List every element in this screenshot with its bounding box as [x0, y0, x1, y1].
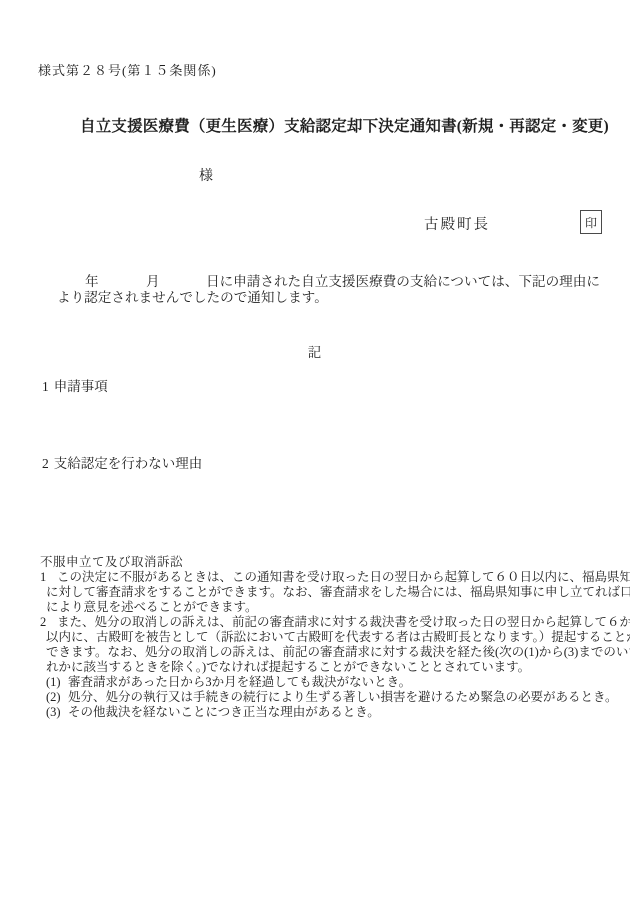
appeal-line-number: (1) [46, 675, 68, 690]
appeal-body: 1この決定に不服があるときは、この通知書を受け取った日の翌日から起算して６０日以… [40, 570, 618, 720]
appeal-line-text: により意見を述べることができます。 [46, 600, 258, 614]
date-month-label: 月 [146, 274, 160, 289]
addressee-honorific: 様 [199, 165, 213, 185]
appeal-line-text: 処分、処分の執行又は手続きの続行により生ずる著しい損害を避けるため緊急の必要があ… [68, 690, 618, 704]
appeal-line-number: 1 [40, 570, 57, 585]
section-application-items: 1申請事項 [42, 375, 108, 395]
appeal-line: に対して審査請求をすることができます。なお、審査請求をした場合には、福島県知事に… [40, 585, 618, 600]
appeal-line: 1この決定に不服があるときは、この通知書を受け取った日の翌日から起算して６０日以… [40, 570, 618, 585]
ki-marker: 記 [0, 341, 630, 361]
appeal-heading: 不服申立て及び取消訴訟 [40, 555, 618, 570]
appeal-line-text: また、処分の取消しの訴えは、前記の審査請求に対する裁決書を受け取った日の翌日から… [57, 615, 630, 629]
appeal-line: (3)その他裁決を経ないことにつき正当な理由があるとき。 [40, 705, 618, 720]
appeal-line-text: その他裁決を経ないことにつき正当な理由があるとき。 [68, 705, 380, 719]
appeal-line-text: 審査請求があった日から3か月を経過しても裁決がないとき。 [68, 675, 411, 689]
seal-box: 印 [580, 210, 602, 234]
appeal-line-number: (2) [46, 690, 68, 705]
seal-label: 印 [585, 214, 597, 231]
section-rejection-reason: 2支給認定を行わない理由 [42, 452, 202, 472]
appeal-line: れかに該当するときを除く。)でなければ提起することができないこととされています。 [40, 660, 618, 675]
appeal-line-text: この決定に不服があるときは、この通知書を受け取った日の翌日から起算して６０日以内… [57, 570, 630, 584]
appeal-line-text: できます。なお、処分の取消しの訴えは、前記の審査請求に対する裁決を経た後(次の(… [46, 645, 630, 659]
form-number: 様式第２８号(第１５条関係) [38, 60, 217, 79]
document-page: 様式第２８号(第１５条関係) 自立支援医療費（更生医療）支給認定却下決定通知書(… [0, 0, 630, 915]
appeal-line-number: (3) [46, 705, 68, 720]
paragraph-line-2: より認定されませんでしたので通知します。 [57, 290, 617, 306]
appeal-line: 2また、処分の取消しの訴えは、前記の審査請求に対する裁決書を受け取った日の翌日か… [40, 615, 618, 630]
appeal-line: (1)審査請求があった日から3か月を経過しても裁決がないとき。 [40, 675, 618, 690]
appeal-line-text: に対して審査請求をすることができます。なお、審査請求をした場合には、福島県知事に… [46, 585, 630, 599]
appeal-line: 以内に、古殿町を被告として（訴訟において古殿町を代表する者は古殿町長となります。… [40, 630, 618, 645]
appeal-line: により意見を述べることができます。 [40, 600, 618, 615]
section-1-label: 申請事項 [54, 379, 108, 394]
paragraph-line-1-text: 日に申請された自立支援医療費の支給については、下記の理由に [206, 274, 600, 289]
appeal-line-text: れかに該当するときを除く。)でなければ提起することができないこととされています。 [46, 660, 530, 674]
notification-paragraph: 年 月 日に申請された自立支援医療費の支給については、下記の理由に より認定され… [57, 274, 617, 305]
appeal-line-number: 2 [40, 615, 57, 630]
section-2-label: 支給認定を行わない理由 [54, 456, 203, 471]
section-1-number: 1 [42, 379, 49, 395]
appeal-line: できます。なお、処分の取消しの訴えは、前記の審査請求に対する裁決を経た後(次の(… [40, 645, 618, 660]
appeal-section: 不服申立て及び取消訴訟 1この決定に不服があるときは、この通知書を受け取った日の… [40, 555, 618, 720]
document-title: 自立支援医療費（更生医療）支給認定却下決定通知書(新規・再認定・変更) [80, 114, 609, 136]
appeal-line-text: 以内に、古殿町を被告として（訴訟において古殿町を代表する者は古殿町長となります。… [46, 630, 630, 644]
sender-name: 古殿町長 [424, 213, 490, 234]
section-2-number: 2 [42, 456, 49, 472]
date-year-label: 年 [85, 274, 99, 289]
paragraph-line-1: 年 月 日に申請された自立支援医療費の支給については、下記の理由に [57, 274, 617, 290]
appeal-line: (2)処分、処分の執行又は手続きの続行により生ずる著しい損害を避けるため緊急の必… [40, 690, 618, 705]
